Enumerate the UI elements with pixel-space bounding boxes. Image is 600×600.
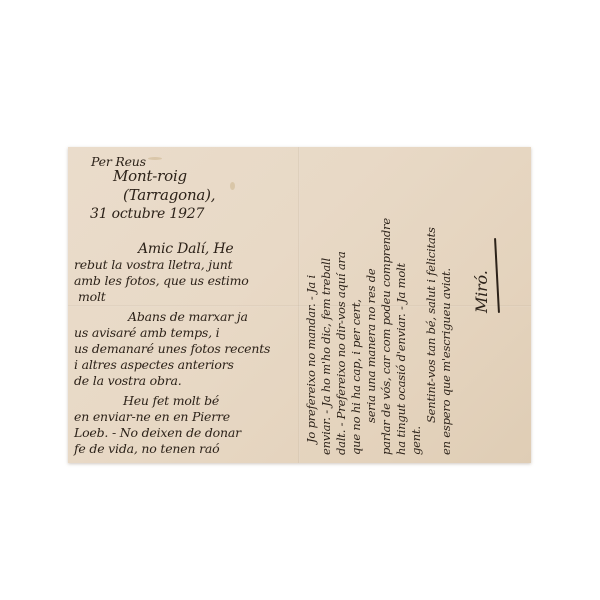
- body-line: parlar de vós, car com podeu comprendre: [379, 218, 393, 455]
- signature: Miró.: [472, 270, 491, 313]
- body-line: i altres aspectes anteriors: [74, 358, 234, 372]
- letter-paper: Per Reus Mont-roig (Tarragona), 31 octub…: [68, 147, 531, 463]
- body-line: Jo prefereixo no mandar. - Ja i: [304, 275, 318, 443]
- body-line: us avisaré amb temps, i: [74, 326, 219, 340]
- left-page: Per Reus Mont-roig (Tarragona), 31 octub…: [68, 147, 298, 463]
- rotated-text-block: Jo prefereixo no mandar. - Ja i enviar. …: [300, 147, 531, 463]
- body-line: Amic Dalí, He: [138, 242, 233, 256]
- address-line-2: Mont-roig: [113, 169, 187, 183]
- letter-date: 31 octubre 1927: [90, 207, 204, 221]
- body-line: Abans de marxar ja: [128, 310, 248, 324]
- body-line: Heu fet molt bé: [123, 394, 219, 408]
- body-line: amb les fotos, que us estimo: [74, 274, 249, 288]
- body-line: en enviar-ne en en Pierre: [74, 410, 230, 424]
- body-line: fe de vida, no tenen raó: [74, 442, 219, 456]
- body-line: de la vostra obra.: [74, 374, 182, 388]
- body-line: ha tingut ocasió d'enviar. - Ja molt: [394, 263, 408, 455]
- body-line: dalt. - Prefereixo no dir-vos aquí ara: [334, 252, 348, 455]
- body-line: rebut la vostra lletra, junt: [74, 258, 232, 272]
- signature-underline: [494, 238, 500, 313]
- body-line: que no hi ha cap, i per cert,: [349, 299, 363, 455]
- right-page: Jo prefereixo no mandar. - Ja i enviar. …: [300, 147, 531, 463]
- body-line: molt: [78, 290, 106, 304]
- body-line: us demanaré unes fotos recents: [74, 342, 270, 356]
- body-line: Loeb. - No deixen de donar: [74, 426, 241, 440]
- body-line: enviar. - Ja ho m'ho dic, fem treball: [319, 258, 333, 455]
- body-line: seria una manera no res de: [364, 268, 378, 423]
- body-line: en espero que m'escrigueu aviat.: [439, 268, 453, 455]
- body-line: gent.: [409, 426, 423, 455]
- body-line: Sentint-vos tan bé, salut i felicitats: [424, 227, 438, 423]
- address-line-3: (Tarragona),: [123, 188, 215, 202]
